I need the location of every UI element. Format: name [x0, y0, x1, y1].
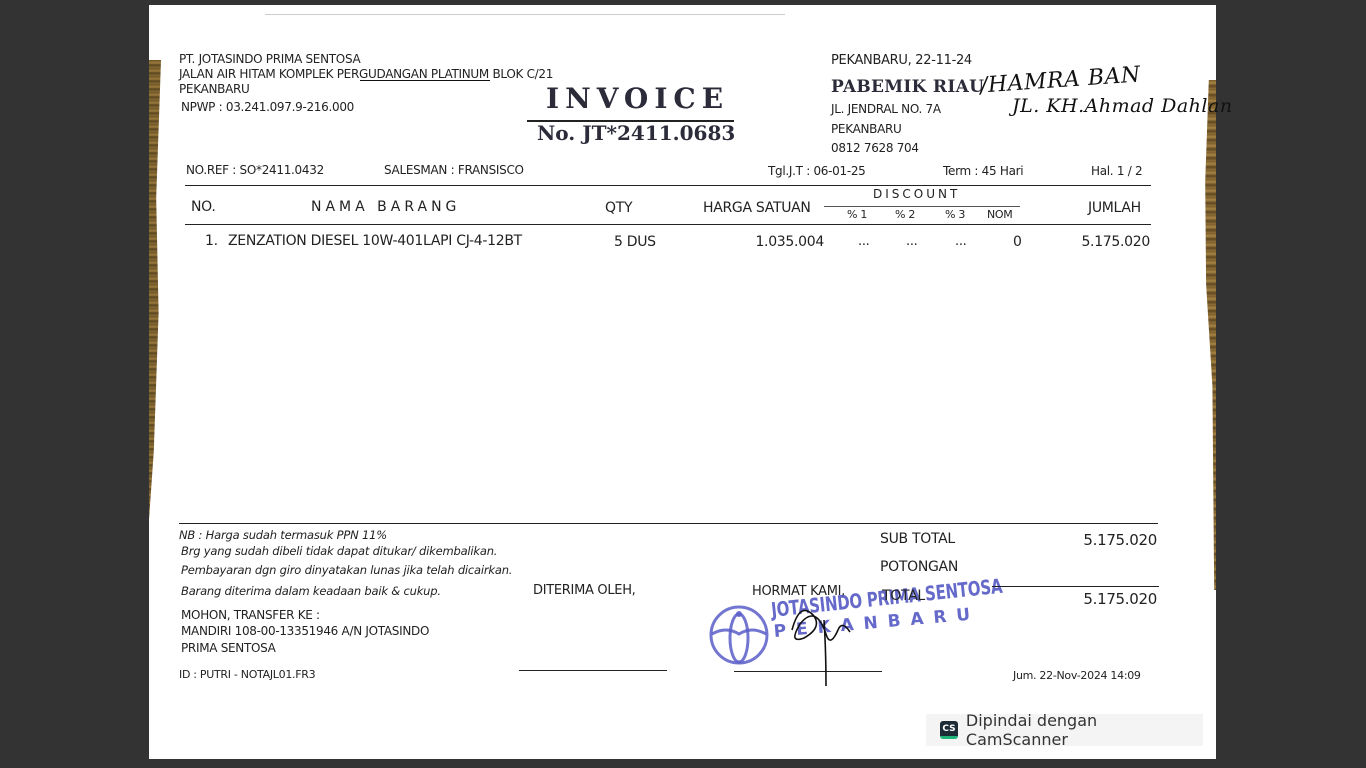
- col-disc2: % 2: [895, 208, 915, 221]
- seller-address: JALAN AIR HITAM KOMPLEK PERGUDANGAN PLAT…: [179, 67, 553, 81]
- seller-city: PEKANBARU: [179, 82, 250, 96]
- row-no: 1.: [205, 233, 218, 249]
- header-rule: [185, 224, 1151, 225]
- transfer-account-name: PRIMA SENTOSA: [181, 641, 276, 655]
- col-disc3: % 3: [945, 208, 965, 221]
- camscanner-label: Dipindai dengan CamScanner: [966, 711, 1203, 749]
- row-item: ZENZATION DIESEL 10W-401LAPI CJ-4-12BT: [228, 233, 522, 249]
- seller-npwp: NPWP : 03.241.097.9-216.000: [181, 100, 354, 114]
- row-nom: 0: [1013, 234, 1022, 250]
- customer-address: JL. JENDRAL NO. 7A: [831, 102, 941, 116]
- ref-number: NO.REF : SO*2411.0432: [186, 163, 324, 177]
- received-by-signature-line: [519, 670, 667, 671]
- row-disc1: ...: [858, 234, 870, 249]
- invoice-title: INVOICE: [546, 82, 729, 115]
- note-received-condition: Barang diterima dalam keadaan baik & cuk…: [181, 584, 441, 598]
- subtotal-value: 5.175.020: [1040, 531, 1157, 549]
- customer-city: PEKANBARU: [831, 122, 902, 136]
- customer-phone: 0812 7628 704: [831, 141, 919, 155]
- place-date: PEKANBARU, 22-11-24: [831, 53, 972, 68]
- meta-rule: [185, 185, 1151, 186]
- note-ppn: NB : Harga sudah termasuk PPN 11%: [179, 528, 387, 542]
- col-disc1: % 1: [847, 208, 867, 221]
- total-rule: [992, 586, 1159, 587]
- transfer-instruction: MOHON, TRANSFER KE :: [181, 608, 320, 622]
- address-underline: [360, 80, 490, 81]
- transfer-bank-account: MANDIRI 108-00-13351946 A/N JOTASINDO: [181, 624, 429, 638]
- row-qty: 5 DUS: [614, 234, 656, 250]
- note-no-return: Brg yang sudah dibeli tidak dapat dituka…: [181, 544, 497, 558]
- printed-by-id: ID : PUTRI - NOTAJL01.FR3: [179, 668, 315, 681]
- col-discount: DISCOUNT: [873, 187, 960, 201]
- col-qty: QTY: [605, 200, 632, 216]
- discount-label: POTONGAN: [880, 559, 958, 575]
- footer-rule: [179, 523, 1158, 524]
- note-giro: Pembayaran dgn giro dinyatakan lunas jik…: [181, 563, 512, 577]
- signature-scribble-icon: [780, 590, 860, 690]
- col-item: NAMA BARANG: [311, 199, 460, 215]
- due-date: Tgl.J.T : 06-01-25: [768, 164, 866, 178]
- row-disc2: ...: [906, 234, 918, 249]
- seller-name: PT. JOTASINDO PRIMA SENTOSA: [179, 52, 360, 66]
- scanned-invoice-page: [149, 5, 1216, 759]
- col-nom: NOM: [987, 208, 1012, 221]
- term: Term : 45 Hari: [943, 164, 1023, 178]
- total-label: TOTAL: [882, 588, 925, 604]
- row-disc3: ...: [955, 234, 967, 249]
- invoice-number: No. JT*2411.0683: [537, 121, 735, 145]
- camscanner-watermark: CS Dipindai dengan CamScanner: [926, 714, 1203, 746]
- print-timestamp: Jum. 22-Nov-2024 14:09: [1013, 669, 1141, 682]
- col-no: NO.: [191, 199, 215, 215]
- total-value: 5.175.020: [1040, 590, 1157, 608]
- subtotal-label: SUB TOTAL: [880, 531, 955, 547]
- customer-address-handwritten: JL. KH.Ahmad Dahlan: [1012, 95, 1233, 117]
- row-total: 5.175.020: [1050, 234, 1150, 250]
- col-total: JUMLAH: [1088, 200, 1141, 216]
- discount-rule: [824, 206, 1020, 207]
- customer-name: PABEMIK RIAU: [831, 77, 984, 97]
- camscanner-logo-icon: CS: [940, 721, 958, 739]
- top-faint-line: [265, 14, 785, 15]
- stamp-logo-icon: [708, 604, 770, 666]
- salesman: SALESMAN : FRANSISCO: [384, 163, 524, 177]
- page-indicator: Hal. 1 / 2: [1091, 164, 1142, 178]
- row-price: 1.035.004: [724, 234, 824, 250]
- col-price: HARGA SATUAN: [703, 200, 811, 216]
- received-by-label: DITERIMA OLEH,: [533, 583, 636, 598]
